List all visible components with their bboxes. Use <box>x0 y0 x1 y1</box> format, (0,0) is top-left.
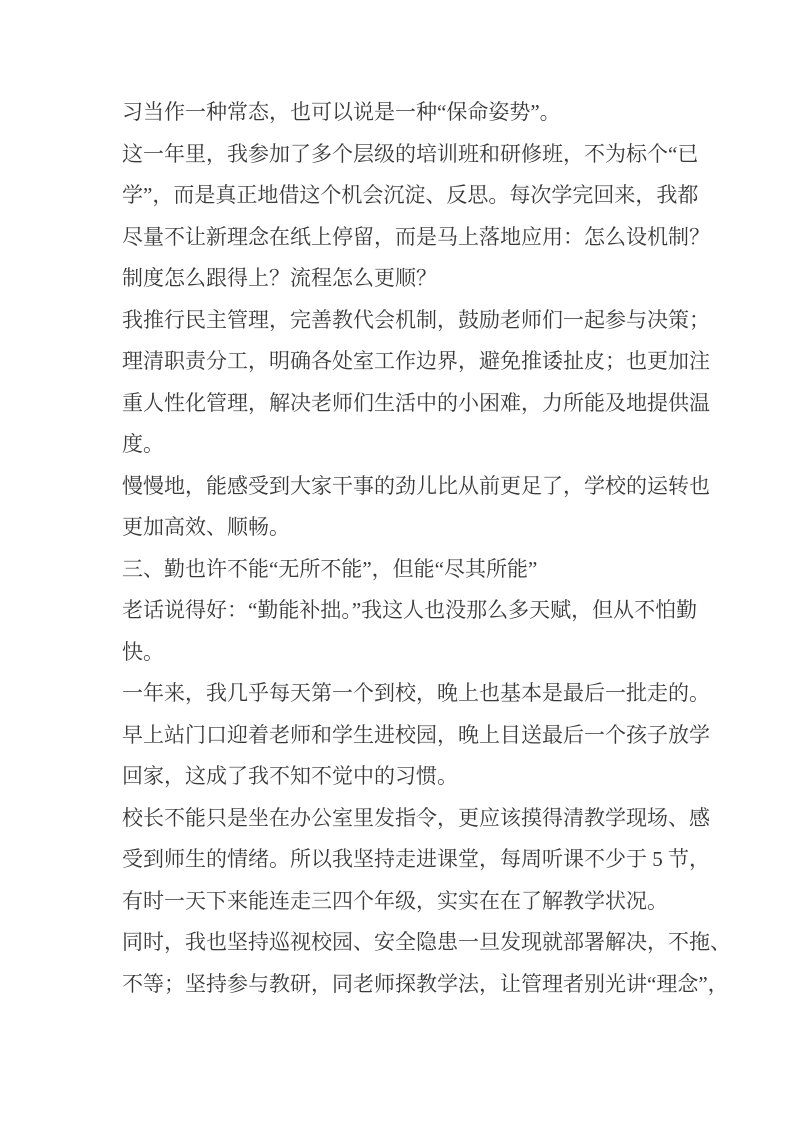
text-line: 受到师生的情绪。所以我坚持走进课堂，每周听课不少于 5 节， <box>122 839 682 881</box>
text-line: 习当作一种常态，也可以说是一种“保命姿势”。 <box>122 92 682 134</box>
text-line: 不等；坚持参与教研，同老师探教学法，让管理者别光讲“理念”， <box>122 964 682 1006</box>
text-line: 老话说得好：“勤能补拙。”我这人也没那么多天赋，但从不怕勤 <box>122 590 682 632</box>
text-line: 这一年里，我参加了多个层级的培训班和研修班，不为标个“已 <box>122 134 682 176</box>
text-line: 慢慢地，能感受到大家干事的劲儿比从前更足了，学校的运转也 <box>122 466 682 508</box>
text-line: 理清职责分工，明确各处室工作边界，避免推诿扯皮；也更加注 <box>122 341 682 383</box>
text-line: 重人性化管理，解决老师们生活中的小困难，力所能及地提供温 <box>122 383 682 425</box>
text-line: 更加高效、顺畅。 <box>122 507 682 549</box>
document-page: 习当作一种常态，也可以说是一种“保命姿势”。 这一年里，我参加了多个层级的培训班… <box>0 0 793 1122</box>
text-line: 回家，这成了我不知不觉中的习惯。 <box>122 756 682 798</box>
text-line: 一年来，我几乎每天第一个到校，晚上也基本是最后一批走的。 <box>122 673 682 715</box>
section-heading: 三、勤也许不能“无所不能”，但能“尽其所能” <box>122 549 682 591</box>
text-line: 同时，我也坚持巡视校园、安全隐患一旦发现就部署解决，不拖、 <box>122 922 682 964</box>
text-line: 早上站门口迎着老师和学生进校园，晚上目送最后一个孩子放学 <box>122 715 682 757</box>
text-line: 有时一天下来能连走三四个年级，实实在在了解教学状况。 <box>122 881 682 923</box>
text-line: 我推行民主管理，完善教代会机制，鼓励老师们一起参与决策； <box>122 300 682 342</box>
text-line: 度。 <box>122 424 682 466</box>
text-line: 校长不能只是坐在办公室里发指令，更应该摸得清教学现场、感 <box>122 798 682 840</box>
text-line: 快。 <box>122 632 682 674</box>
text-line: 制度怎么跟得上？流程怎么更顺？ <box>122 258 682 300</box>
document-text-block: 习当作一种常态，也可以说是一种“保命姿势”。 这一年里，我参加了多个层级的培训班… <box>122 92 682 1005</box>
text-line: 学”，而是真正地借这个机会沉淀、反思。每次学完回来，我都 <box>122 175 682 217</box>
text-line: 尽量不让新理念在纸上停留，而是马上落地应用：怎么设机制？ <box>122 217 682 259</box>
